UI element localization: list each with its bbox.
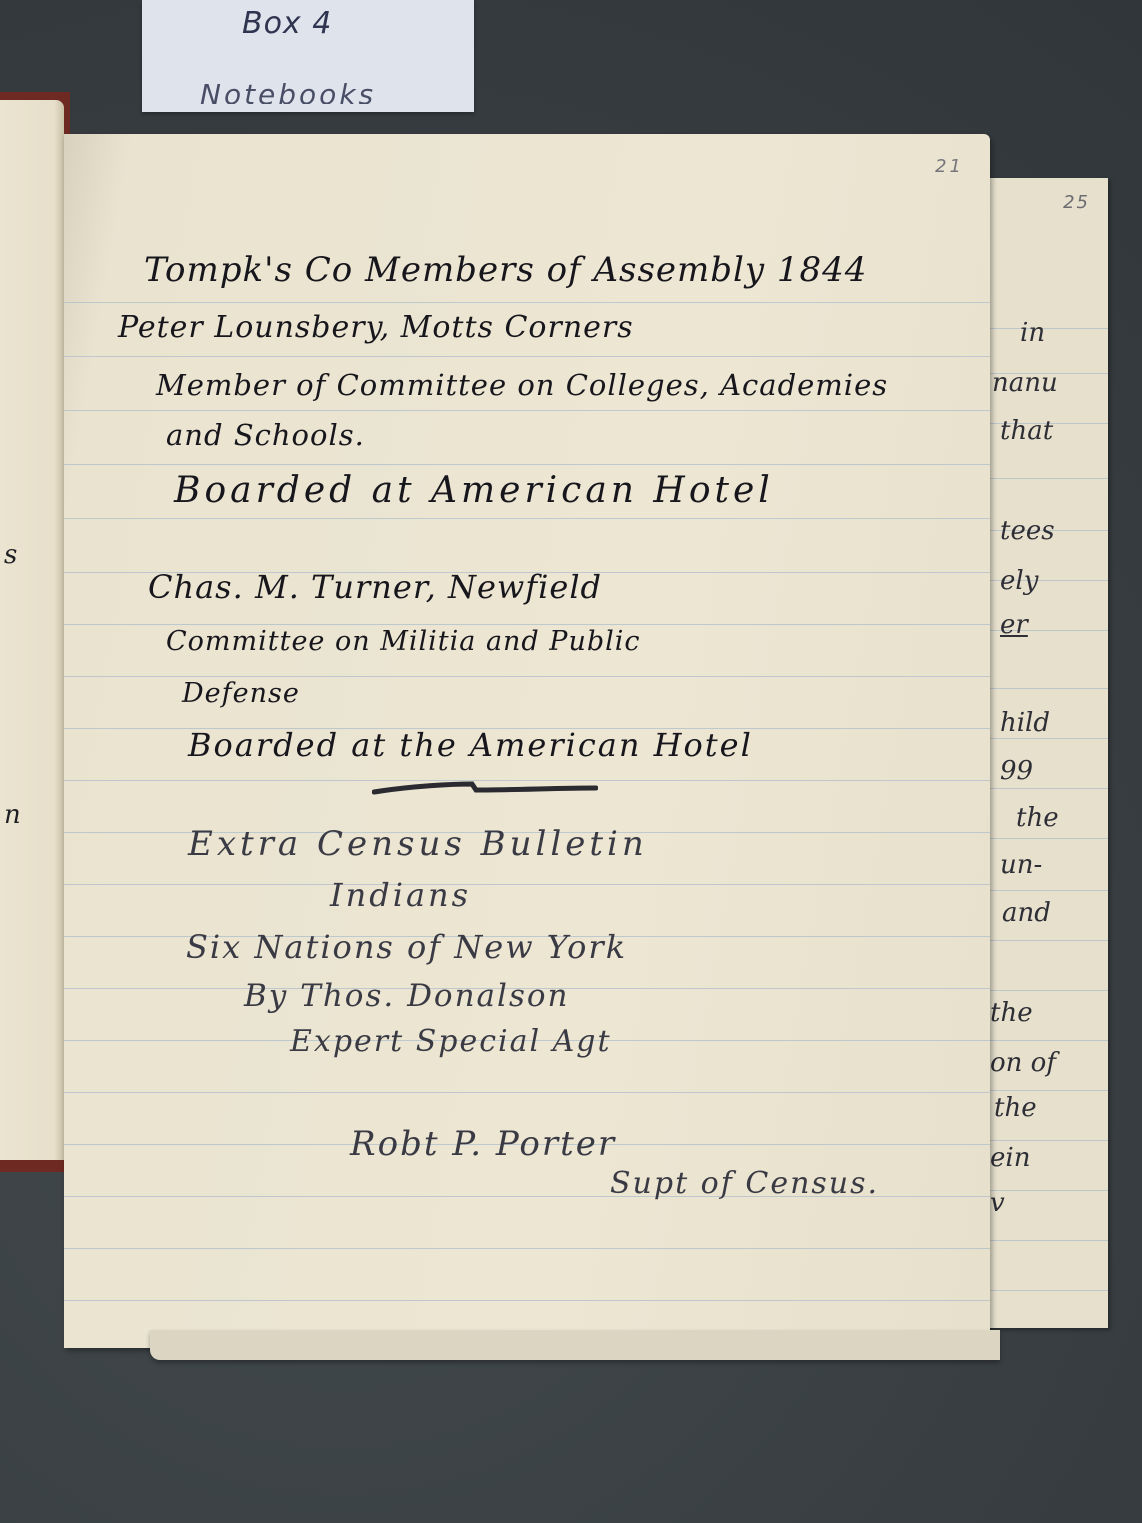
back-page-fragment: 99: [1000, 756, 1033, 786]
back-page-fragment: on of: [990, 1048, 1056, 1078]
notebook-page: 21 Tompk's Co Members of Assembly 1844 P…: [64, 134, 990, 1348]
back-page-fragment: v: [990, 1188, 1005, 1218]
box-label: Box 4: [242, 6, 332, 41]
back-page-number: 25: [1063, 192, 1090, 213]
entry-line: Indians: [330, 876, 471, 914]
entry-line: Boarded at American Hotel: [174, 470, 774, 511]
back-page-fragment: er: [1000, 610, 1028, 640]
entry-line: Six Nations of New York: [186, 928, 627, 966]
back-page-fragment: ein: [990, 1143, 1030, 1173]
entry-line: Boarded at the American Hotel: [188, 726, 753, 764]
back-page-fragment: in: [1020, 318, 1045, 348]
back-page: 25 in nanu that tees ely er hild 99 the …: [980, 178, 1108, 1328]
flourish-divider: [372, 780, 598, 796]
entry-line: Member of Committee on Colleges, Academi…: [156, 368, 888, 402]
left-page-fragment: s: [4, 540, 17, 570]
signature-title: Supt of Census.: [610, 1166, 879, 1201]
entry-line: Peter Lounsbery, Motts Corners: [118, 310, 634, 345]
back-page-fragment: and: [1002, 898, 1051, 928]
entry-line: Defense: [182, 678, 300, 709]
entry-line: Committee on Militia and Public: [166, 626, 641, 657]
back-page-fragment: ely: [1000, 566, 1038, 596]
left-page: s n: [0, 100, 64, 1160]
archive-box-label: Box 4 Notebooks: [142, 0, 474, 112]
entry-line: Chas. M. Turner, Newfield: [148, 568, 602, 606]
entry-heading: Tompk's Co Members of Assembly 1844: [144, 250, 867, 290]
back-page-fragment: nanu: [992, 368, 1058, 398]
signature: Robt P. Porter: [350, 1124, 616, 1164]
entry-line: Extra Census Bulletin: [188, 824, 648, 864]
page-stack-edge: [150, 1330, 1000, 1360]
box-sub-label: Notebooks: [200, 78, 376, 104]
back-page-fragment: the: [994, 1093, 1037, 1123]
back-page-fragment: un-: [1000, 850, 1042, 880]
back-page-fragment: the: [990, 998, 1033, 1028]
back-page-fragment: that: [1000, 416, 1053, 446]
back-page-fragment: the: [1016, 803, 1059, 833]
entry-line: By Thos. Donalson: [244, 978, 570, 1014]
left-page-fragment: n: [4, 800, 21, 830]
back-page-fragment: hild: [1000, 708, 1050, 738]
back-page-fragment: tees: [1000, 516, 1055, 546]
page-number: 21: [935, 156, 964, 177]
entry-line: Expert Special Agt: [290, 1024, 612, 1059]
entry-line: and Schools.: [166, 418, 365, 452]
